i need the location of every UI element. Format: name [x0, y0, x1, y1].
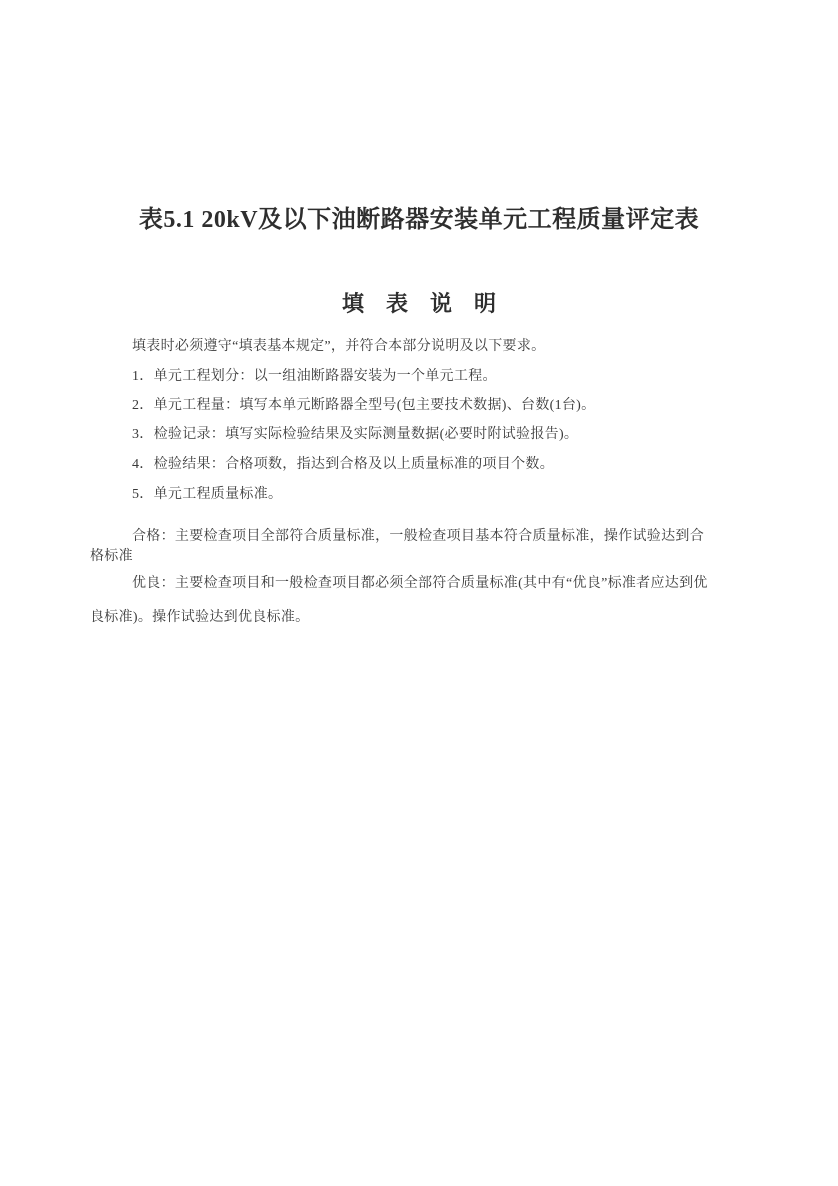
note-item-2: 2．单元工程量：填写本单元断路器全型号(包主要技术数据)、台数(1台)。 [90, 396, 714, 416]
note-item-5: 5．单元工程质量标准。 [90, 485, 714, 505]
note-item-3: 3．检验记录：填写实际检验结果及实际测量数据(必要时附试验报告)。 [90, 425, 714, 445]
note-item-1: 1．单元工程划分：以一组油断路器安装为一个单元工程。 [90, 367, 714, 387]
grade-paragraph-qualified: 合格：主要检查项目全部符合质量标准，一般检查项目基本符合质量标准，操作试验达到合… [90, 527, 714, 567]
document-body: 填表时必须遵守“填表基本规定”，并符合本部分说明及以下要求。 1．单元工程划分：… [90, 0, 714, 1186]
document-page: 表5.1 20kV及以下油断路器安装单元工程质量评定表 填 表 说 明 填表时必… [0, 0, 838, 1186]
intro-paragraph: 填表时必须遵守“填表基本规定”，并符合本部分说明及以下要求。 [90, 337, 714, 357]
note-item-4: 4．检验结果：合格项数，指达到合格及以上质量标准的项目个数。 [90, 455, 714, 475]
grade-paragraph-excellent: 优良：主要检查项目和一般检查项目都必须全部符合质量标准(其中有“优良”标准者应达… [90, 567, 714, 635]
